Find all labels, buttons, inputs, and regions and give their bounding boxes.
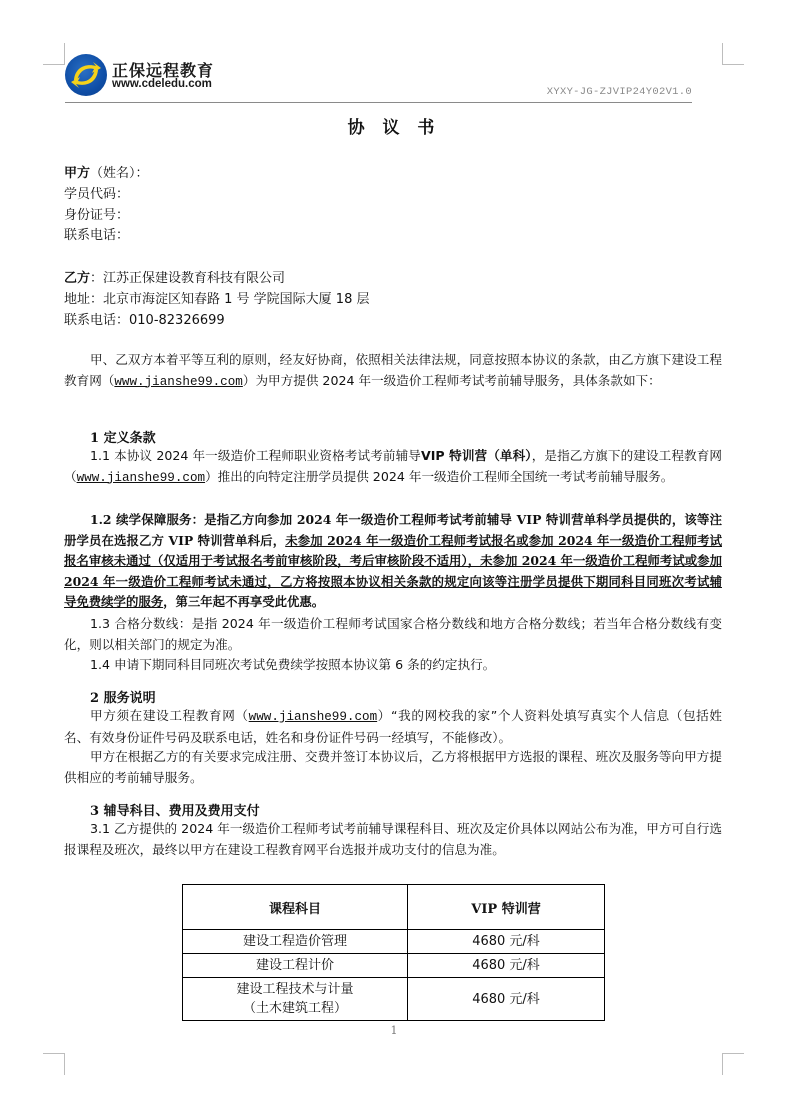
jianshe99-link[interactable]: www.jianshe99.com [249,710,377,724]
course-price: 4680 元/科 [408,978,605,1021]
section-2-paragraph-2: 甲方在根据乙方的有关要求完成注册、交费并签订本协议后，乙方将根据甲方选报的课程、… [64,747,722,788]
clause-1-1-text-c: ）推出的向特定注册学员提供 2024 年一级造价工程师全国统一考试考前辅导服务。 [205,469,673,484]
corner-mark-bottom-right [722,1053,744,1075]
course-subject: 建设工程技术与计量 [183,980,407,999]
page-header: 正保远程教育 www.cdeledu.com XYXY-JG-ZJVIP24Y0… [65,50,692,103]
party-a-name-line: 甲方（姓名）： [64,164,149,184]
clause-1-1-text-a: 1.1 本协议 2024 年一级造价工程师职业资格考试考前辅导 [90,448,421,463]
party-a-label: 甲方 [64,166,90,181]
party-b-company: ：江苏正保建设教育科技有限公司 [90,271,285,286]
clause-1-3: 1.3 合格分数线：是指 2024 年一级造价工程师考试国家合格分数线和地方合格… [64,614,722,655]
section-3-heading: 3 辅导科目、费用及费用支付 [90,800,260,819]
party-a-phone: 联系电话： [64,226,129,246]
course-subject: 建设工程造价管理 [183,930,408,954]
course-subject: 建设工程计价 [183,954,408,978]
course-subject-qualifier: （土木建筑工程） [183,999,407,1018]
party-a-label-suffix: （姓名）： [90,166,149,181]
header-vip-camp: VIP 特训营 [408,885,605,930]
party-b-name-line: 乙方：江苏正保建设教育科技有限公司 [64,269,285,289]
fee-table: 课程科目 VIP 特训营 建设工程造价管理 4680 元/科 建设工程计价 46… [182,884,605,1021]
corner-mark-bottom-left [43,1053,65,1075]
table-row: 建设工程造价管理 4680 元/科 [183,930,605,954]
jianshe99-link[interactable]: www.jianshe99.com [114,375,242,389]
table-header-row: 课程科目 VIP 特训营 [183,885,605,930]
course-price: 4680 元/科 [408,954,605,978]
clause-3-1: 3.1 乙方提供的 2024 年一级造价工程师考试考前辅导课程科目、班次及定价具… [64,819,722,860]
section-2-paragraph-1: 甲方须在建设工程教育网（www.jianshe99.com）“我的网校我的家”个… [64,706,722,748]
corner-mark-top-right [722,43,744,65]
clause-1-4: 1.4 申请下期同科目同班次考试免费续学按照本协议第 6 条的约定执行。 [64,655,722,676]
section-1-heading: 1 定义条款 [90,427,156,446]
intro-paragraph: 甲、乙双方本着平等互利的原则，经友好协商，依照相关法律法规，同意按照本协议的条款… [64,350,722,392]
party-b-label: 乙方 [64,271,90,286]
clause-1-1: 1.1 本协议 2024 年一级造价工程师职业资格考试考前辅导VIP 特训营（单… [64,446,722,488]
jianshe99-link[interactable]: www.jianshe99.com [77,471,205,485]
document-code: XYXY-JG-ZJVIP24Y02V1.0 [547,86,692,98]
section-2-p1-text-a: 甲方须在建设工程教育网（ [90,708,249,723]
party-a-id-number: 身份证号： [64,206,129,226]
page-number: 1 [0,1024,788,1037]
clause-1-2-text-b: ，第三年起不再享受此优惠。 [163,594,324,609]
corner-mark-top-left [43,43,65,65]
party-b-address: 地址：北京市海淀区知春路 1 号 学院国际大厦 18 层 [64,290,369,310]
clause-1-2: 1.2 续学保障服务：是指乙方向参加 2024 年一级造价工程师考试考前辅导 V… [64,510,722,613]
section-2-heading: 2 服务说明 [90,687,156,706]
party-a-student-code: 学员代码： [64,185,129,205]
page-title: 协 议 书 [0,113,788,138]
brand-logo-icon [65,54,107,96]
party-b-phone: 联系电话：010-82326699 [64,311,225,331]
table-row: 建设工程计价 4680 元/科 [183,954,605,978]
table-row: 建设工程技术与计量 （土木建筑工程） 4680 元/科 [183,978,605,1021]
clause-1-1-bold: VIP 特训营（单科） [421,448,532,463]
intro-text-2: ）为甲方提供 2024 年一级造价工程师考试考前辅导服务，具体条款如下： [243,373,661,388]
header-course-subject: 课程科目 [183,885,408,930]
brand-url: www.cdeledu.com [112,78,212,90]
course-price: 4680 元/科 [408,930,605,954]
course-subject-multiline: 建设工程技术与计量 （土木建筑工程） [183,978,408,1021]
